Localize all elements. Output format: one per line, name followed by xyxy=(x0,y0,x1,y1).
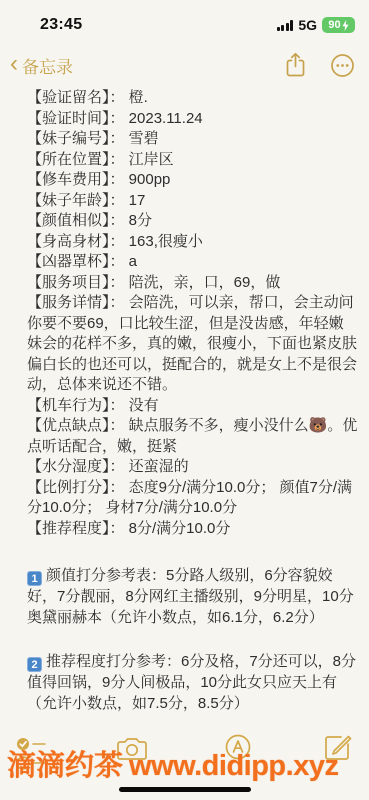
share-button[interactable] xyxy=(285,52,306,78)
share-icon xyxy=(285,52,306,78)
home-indicator[interactable] xyxy=(119,787,251,792)
chevron-left-icon: ‹ xyxy=(10,52,18,76)
clock: 23:45 xyxy=(40,16,82,34)
note-line: 【验证时间】： 2023.11.24 xyxy=(27,109,358,130)
rating-reference-1: 1颜值打分参考表：5分路人级别，6分容貌姣好，7分靓丽，8分网红主播级别，9分明… xyxy=(27,565,358,628)
watermark-url: www.didipp.xyz xyxy=(129,750,338,782)
rating-reference-1-text: 颜值打分参考表：5分路人级别，6分容貌姣好，7分靓丽，8分网红主播级别，9分明星… xyxy=(27,567,354,626)
ellipsis-circle-icon xyxy=(330,53,355,78)
more-button[interactable] xyxy=(330,53,355,78)
note-line: 【修车费用】： 900pp xyxy=(27,170,358,191)
note-line: 【凶器罩杯】： a xyxy=(27,252,358,273)
charging-bolt-icon xyxy=(342,20,349,31)
note-line: 【颜值相似】： 8分 xyxy=(27,211,358,232)
status-bar: 23:45 5G 90 xyxy=(0,0,369,44)
note-line: 【服务详情】： 会陪洗，可以亲，帮口，会主动问你要不要69，口比较生涩，但是没齿… xyxy=(27,293,358,396)
rating-reference-2-text: 推荐程度打分参考：6分及格，7分还可以，8分值得回锅，9分人间极品，10分此女只… xyxy=(27,653,356,712)
note-line: 【妹子编号】： 雪碧 xyxy=(27,129,358,150)
nav-bar: ‹ 备忘录 xyxy=(0,44,369,86)
battery-percent: 90 xyxy=(328,19,340,31)
note-line: 【验证留名】： 橙. xyxy=(27,88,358,109)
notes-app-screen: 23:45 5G 90 ‹ 备忘录 xyxy=(0,0,369,800)
note-content[interactable]: 【验证留名】： 橙. 【验证时间】： 2023.11.24 【妹子编号】： 雪碧… xyxy=(0,88,369,714)
back-button[interactable]: ‹ 备忘录 xyxy=(10,53,73,78)
note-line: 【身高身材】： 163,很瘦小 xyxy=(27,232,358,253)
keycap-2-icon: 2 xyxy=(27,657,42,672)
note-line: 【服务项目】： 陪洗，亲，口，69，做 xyxy=(27,273,358,294)
note-line: 【所在位置】： 江岸区 xyxy=(27,150,358,171)
note-line: 【水分湿度】： 还蛮湿的 xyxy=(27,457,358,478)
network-type-label: 5G xyxy=(298,17,317,33)
keycap-1-icon: 1 xyxy=(27,571,42,586)
note-line: 【推荐程度】： 8分/满分10.0分 xyxy=(27,519,358,540)
rating-reference-2: 2推荐程度打分参考：6分及格，7分还可以，8分值得回锅，9分人间极品，10分此女… xyxy=(27,651,358,714)
note-line: 【妹子年龄】： 17 xyxy=(27,191,358,212)
note-line: 【比例打分】： 态度9分/满分10.0分； 颜值7分/满分10.0分； 身材7分… xyxy=(27,478,358,519)
signal-strength-icon xyxy=(277,20,294,31)
note-line: 【机车行为】： 没有 xyxy=(27,396,358,417)
nav-actions xyxy=(285,52,355,78)
battery-indicator: 90 xyxy=(322,17,355,33)
back-button-label: 备忘录 xyxy=(22,53,73,78)
watermark-brand-text: 滴滴约茶 xyxy=(7,750,123,782)
note-line: 【优点缺点】： 缺点服务不多，瘦小没什么🐻。优点听话配合，嫩，挺紧 xyxy=(27,416,358,457)
watermark: 滴滴约茶www.didipp.xyz xyxy=(7,743,338,784)
status-indicators: 5G 90 xyxy=(277,17,355,33)
